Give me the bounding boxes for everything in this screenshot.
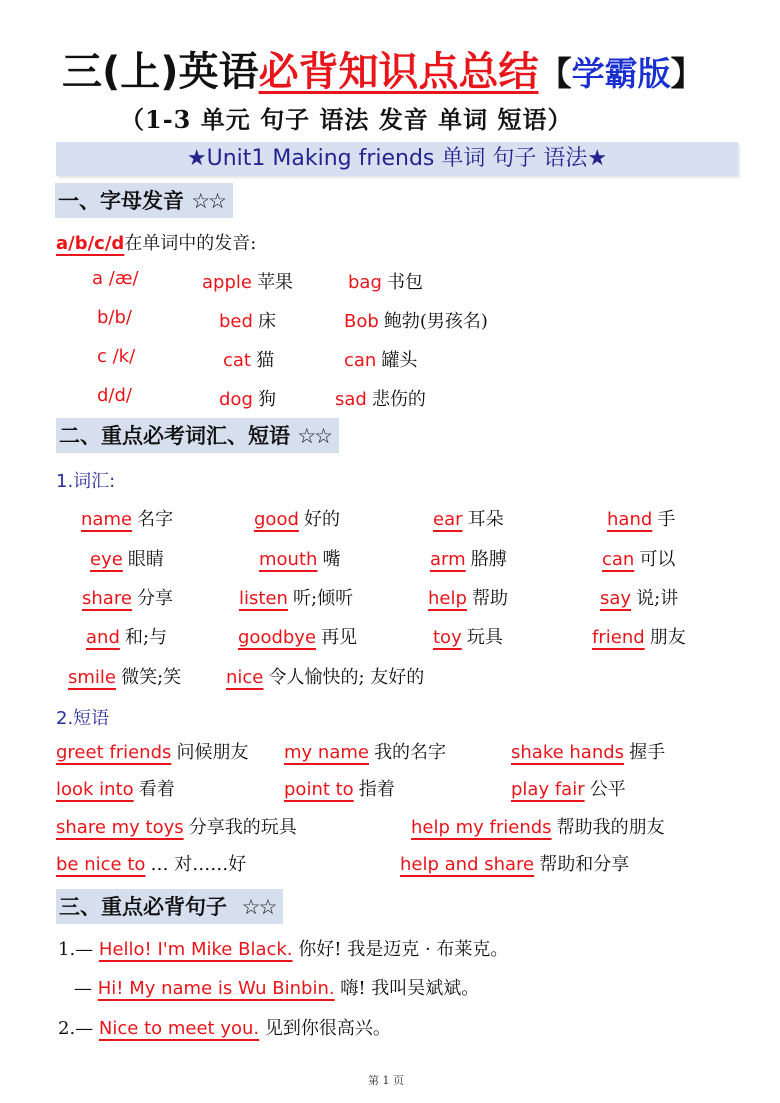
vocab-item: can 可以 (602, 545, 675, 571)
title-prefix: 三(上)英语 (62, 49, 259, 95)
vocab-label: 1.词汇: (56, 467, 115, 493)
phrase-item: my name 我的名字 (284, 738, 446, 764)
intro-text: 在单词中的发音: (124, 233, 256, 254)
title-highlight: 必背知识点总结 (259, 49, 539, 95)
phrase-item: shake hands 握手 (511, 738, 665, 764)
section-heading-letter-sounds: 一、字母发音 ☆☆ (55, 183, 233, 218)
phrase-item: greet friends 问候朋友 (56, 738, 248, 764)
vocab-item: smile 微笑;笑 (68, 663, 181, 689)
phonics-word: cat 猫 (223, 346, 274, 372)
phrase-item: help my friends 帮助我的朋友 (411, 813, 665, 839)
phonics-word: bag 书包 (348, 268, 423, 294)
vocab-item: ear 耳朵 (433, 505, 504, 531)
document-title: 三(上)英语必背知识点总结【学霸版】 (62, 44, 704, 102)
letters-intro: a/b/c/d在单词中的发音: (56, 229, 256, 255)
phrase-item: play fair 公平 (511, 775, 626, 801)
phrase-item: be nice to … 对……好 (56, 850, 246, 876)
section-heading-vocab-phrases: 二、重点必考词汇、短语 ☆☆ (56, 418, 339, 453)
phonics-word: can 罐头 (344, 346, 417, 372)
phonics-word: dog 狗 (219, 385, 276, 411)
document-subtitle: （1-3 单元 句子 语法 发音 单词 短语） (120, 100, 573, 135)
vocab-item: listen 听;倾听 (239, 584, 353, 610)
section-title: 二、重点必考词汇、短语 (59, 423, 290, 448)
title-badge: 学霸版 (572, 54, 671, 93)
vocab-item: mouth 嘴 (259, 545, 341, 571)
vocab-item: eye 眼睛 (90, 545, 164, 571)
phonics-sound: a /æ/ (92, 268, 139, 289)
bracket-open: 【 (539, 54, 572, 93)
unit-banner: ★Unit1 Making friends 单词 句子 语法★ (56, 142, 738, 176)
phonics-word: apple 苹果 (202, 268, 293, 294)
phonics-sound: b/b/ (97, 307, 132, 328)
vocab-item: goodbye 再见 (238, 623, 357, 649)
phrase-item: point to 指着 (284, 775, 395, 801)
phonics-word: Bob 鲍勃(男孩名) (344, 307, 488, 333)
star-rating-icon: ☆☆ (242, 895, 276, 919)
vocab-item: share 分享 (82, 584, 173, 610)
phonics-word: bed 床 (219, 307, 276, 333)
vocab-item: and 和;与 (86, 623, 167, 649)
vocab-item: good 好的 (254, 505, 340, 531)
sentence-item: 2.— Nice to meet you. 见到你很高兴。 (58, 1014, 391, 1040)
phrase-item: look into 看着 (56, 775, 175, 801)
phrase-item: help and share 帮助和分享 (400, 850, 629, 876)
section-heading-key-sentences: 三、重点必背句子 ☆☆ (56, 889, 283, 924)
phonics-sound: c /k/ (97, 346, 135, 367)
star-rating-icon: ☆☆ (297, 424, 331, 448)
vocab-item: arm 胳膊 (430, 545, 507, 571)
page-number: 第 1 页 (368, 1072, 404, 1088)
phonics-word: sad 悲伤的 (335, 385, 426, 411)
phonics-sound: d/d/ (97, 385, 132, 406)
vocab-item: help 帮助 (428, 584, 508, 610)
vocab-item: name 名字 (81, 505, 173, 531)
phrase-item: share my toys 分享我的玩具 (56, 813, 297, 839)
section-title: 一、字母发音 (58, 188, 184, 213)
section-title: 三、重点必背句子 (59, 894, 227, 919)
letters-label: a/b/c/d (56, 233, 124, 254)
star-rating-icon: ☆☆ (191, 189, 225, 213)
sentence-item: — Hi! My name is Wu Binbin. 嗨! 我叫吴斌斌。 (74, 974, 479, 1000)
vocab-item: say 说;讲 (600, 584, 678, 610)
sentence-item: 1.— Hello! I'm Mike Black. 你好! 我是迈克 · 布莱… (58, 935, 508, 961)
vocab-item: hand 手 (607, 505, 675, 531)
bracket-close: 】 (671, 54, 704, 93)
vocab-item: toy 玩具 (433, 623, 503, 649)
phrase-label: 2.短语 (56, 704, 109, 730)
vocab-item: friend 朋友 (592, 623, 686, 649)
vocab-item: nice 令人愉快的; 友好的 (226, 663, 424, 689)
